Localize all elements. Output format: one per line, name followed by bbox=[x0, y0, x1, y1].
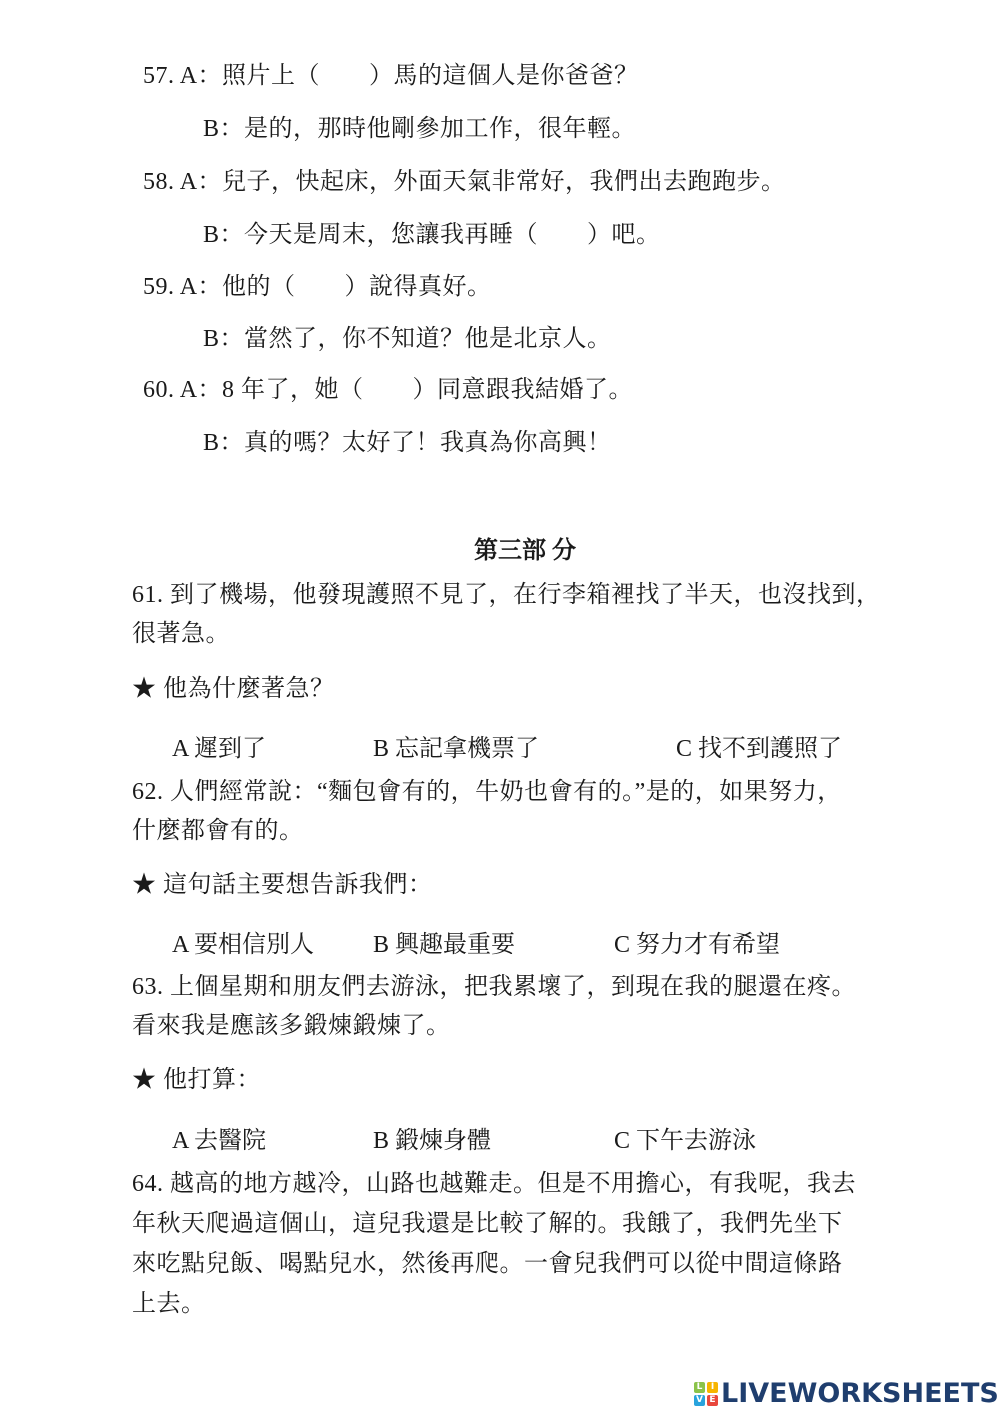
question-63-line-2: 看來我是應該多鍛煉鍛煉了。 bbox=[132, 1014, 451, 1038]
question-number: 63. bbox=[132, 974, 164, 1000]
dialogue-57-b: B：是的，那時他剛參加工作，很年輕。 bbox=[203, 117, 636, 141]
question-number: 64. bbox=[132, 1171, 164, 1197]
question-63-line-1: 63. 上個星期和朋友們去游泳，把我累壞了，到現在我的腿還在疼。 bbox=[132, 975, 856, 999]
dialogue-60-a: 60. A：8 年了，她（ ）同意跟我結婚了。 bbox=[143, 378, 633, 402]
question-number: 57. bbox=[143, 64, 175, 88]
dialogue-59-a: 59. A：他的（ ）說得真好。 bbox=[143, 275, 492, 299]
question-64-line-3: 來吃點兒飯、喝點兒水，然後再爬。一會兒我們可以從中間這條路 bbox=[132, 1252, 843, 1276]
question-61-option-c[interactable]: C 找不到護照了 bbox=[676, 728, 842, 763]
section-heading: 第三部 分 bbox=[0, 530, 1000, 565]
logo-square-i: I bbox=[707, 1382, 718, 1393]
logo-square-e: E bbox=[707, 1395, 718, 1406]
question-62-line-2: 什麼都會有的。 bbox=[132, 819, 304, 843]
question-61-option-b[interactable]: B 忘記拿機票了 bbox=[373, 728, 539, 763]
question-number: 61. bbox=[132, 582, 164, 608]
dialogue-line-a: A：8 年了，她（ ）同意跟我結婚了。 bbox=[180, 377, 633, 403]
dialogue-line-a: A：兒子，快起床，外面天氣非常好，我們出去跑跑步。 bbox=[180, 169, 786, 195]
question-63-option-b[interactable]: B 鍛煉身體 bbox=[373, 1120, 491, 1155]
logo-icon: L I V E bbox=[694, 1382, 718, 1406]
dialogue-57-a: 57. A：照片上（ ）馬的這個人是你爸爸？ bbox=[143, 64, 639, 88]
logo-square-l: L bbox=[694, 1382, 705, 1393]
dialogue-58-b: B：今天是周末，您讓我再睡（ ）吧。 bbox=[203, 223, 661, 247]
question-61-line-2: 很著急。 bbox=[132, 622, 230, 646]
dialogue-59-b: B：當然了，你不知道？他是北京人。 bbox=[203, 327, 612, 351]
dialogue-line-a: A：他的（ ）說得真好。 bbox=[180, 274, 492, 300]
liveworksheets-logo: L I V E LIVEWORKSHEETS bbox=[694, 1378, 999, 1409]
question-64-line-2: 年秋天爬過這個山，這兒我還是比較了解的。我餓了，我們先坐下 bbox=[132, 1212, 843, 1236]
question-63-prompt: ★ 他打算： bbox=[132, 1068, 261, 1092]
question-62-line-1: 62. 人們經常說：“麵包會有的，牛奶也會有的。”是的，如果努力， bbox=[132, 780, 842, 804]
question-number: 58. bbox=[143, 170, 175, 194]
dialogue-58-a: 58. A：兒子，快起床，外面天氣非常好，我們出去跑跑步。 bbox=[143, 170, 786, 194]
question-number: 62. bbox=[132, 779, 164, 805]
question-number: 59. bbox=[143, 275, 175, 299]
question-63-option-a[interactable]: A 去醫院 bbox=[172, 1120, 266, 1155]
question-62-option-b[interactable]: B 興趣最重要 bbox=[373, 924, 515, 959]
question-62-prompt: ★ 這句話主要想告訴我們： bbox=[132, 873, 433, 897]
question-61-prompt: ★ 他為什麼著急？ bbox=[132, 677, 335, 701]
question-62-option-a[interactable]: A 要相信別人 bbox=[172, 924, 314, 959]
dialogue-line-a: A：照片上（ ）馬的這個人是你爸爸？ bbox=[180, 63, 639, 89]
question-64-line-1: 64. 越高的地方越冷，山路也越難走。但是不用擔心，有我呢，我去 bbox=[132, 1172, 856, 1196]
question-62-option-c[interactable]: C 努力才有希望 bbox=[614, 924, 780, 959]
dialogue-60-b: B：真的嗎？太好了！我真為你高興！ bbox=[203, 431, 612, 455]
question-number: 60. bbox=[143, 378, 175, 402]
question-61-line-1: 61. 到了機場，他發現護照不見了，在行李箱裡找了半天，也沒找到， bbox=[132, 583, 881, 607]
question-63-option-c[interactable]: C 下午去游泳 bbox=[614, 1120, 756, 1155]
logo-text: LIVEWORKSHEETS bbox=[721, 1378, 999, 1409]
question-61-option-a[interactable]: A 遲到了 bbox=[172, 728, 266, 763]
question-64-line-4: 上去。 bbox=[132, 1292, 206, 1316]
logo-square-v: V bbox=[694, 1395, 705, 1406]
